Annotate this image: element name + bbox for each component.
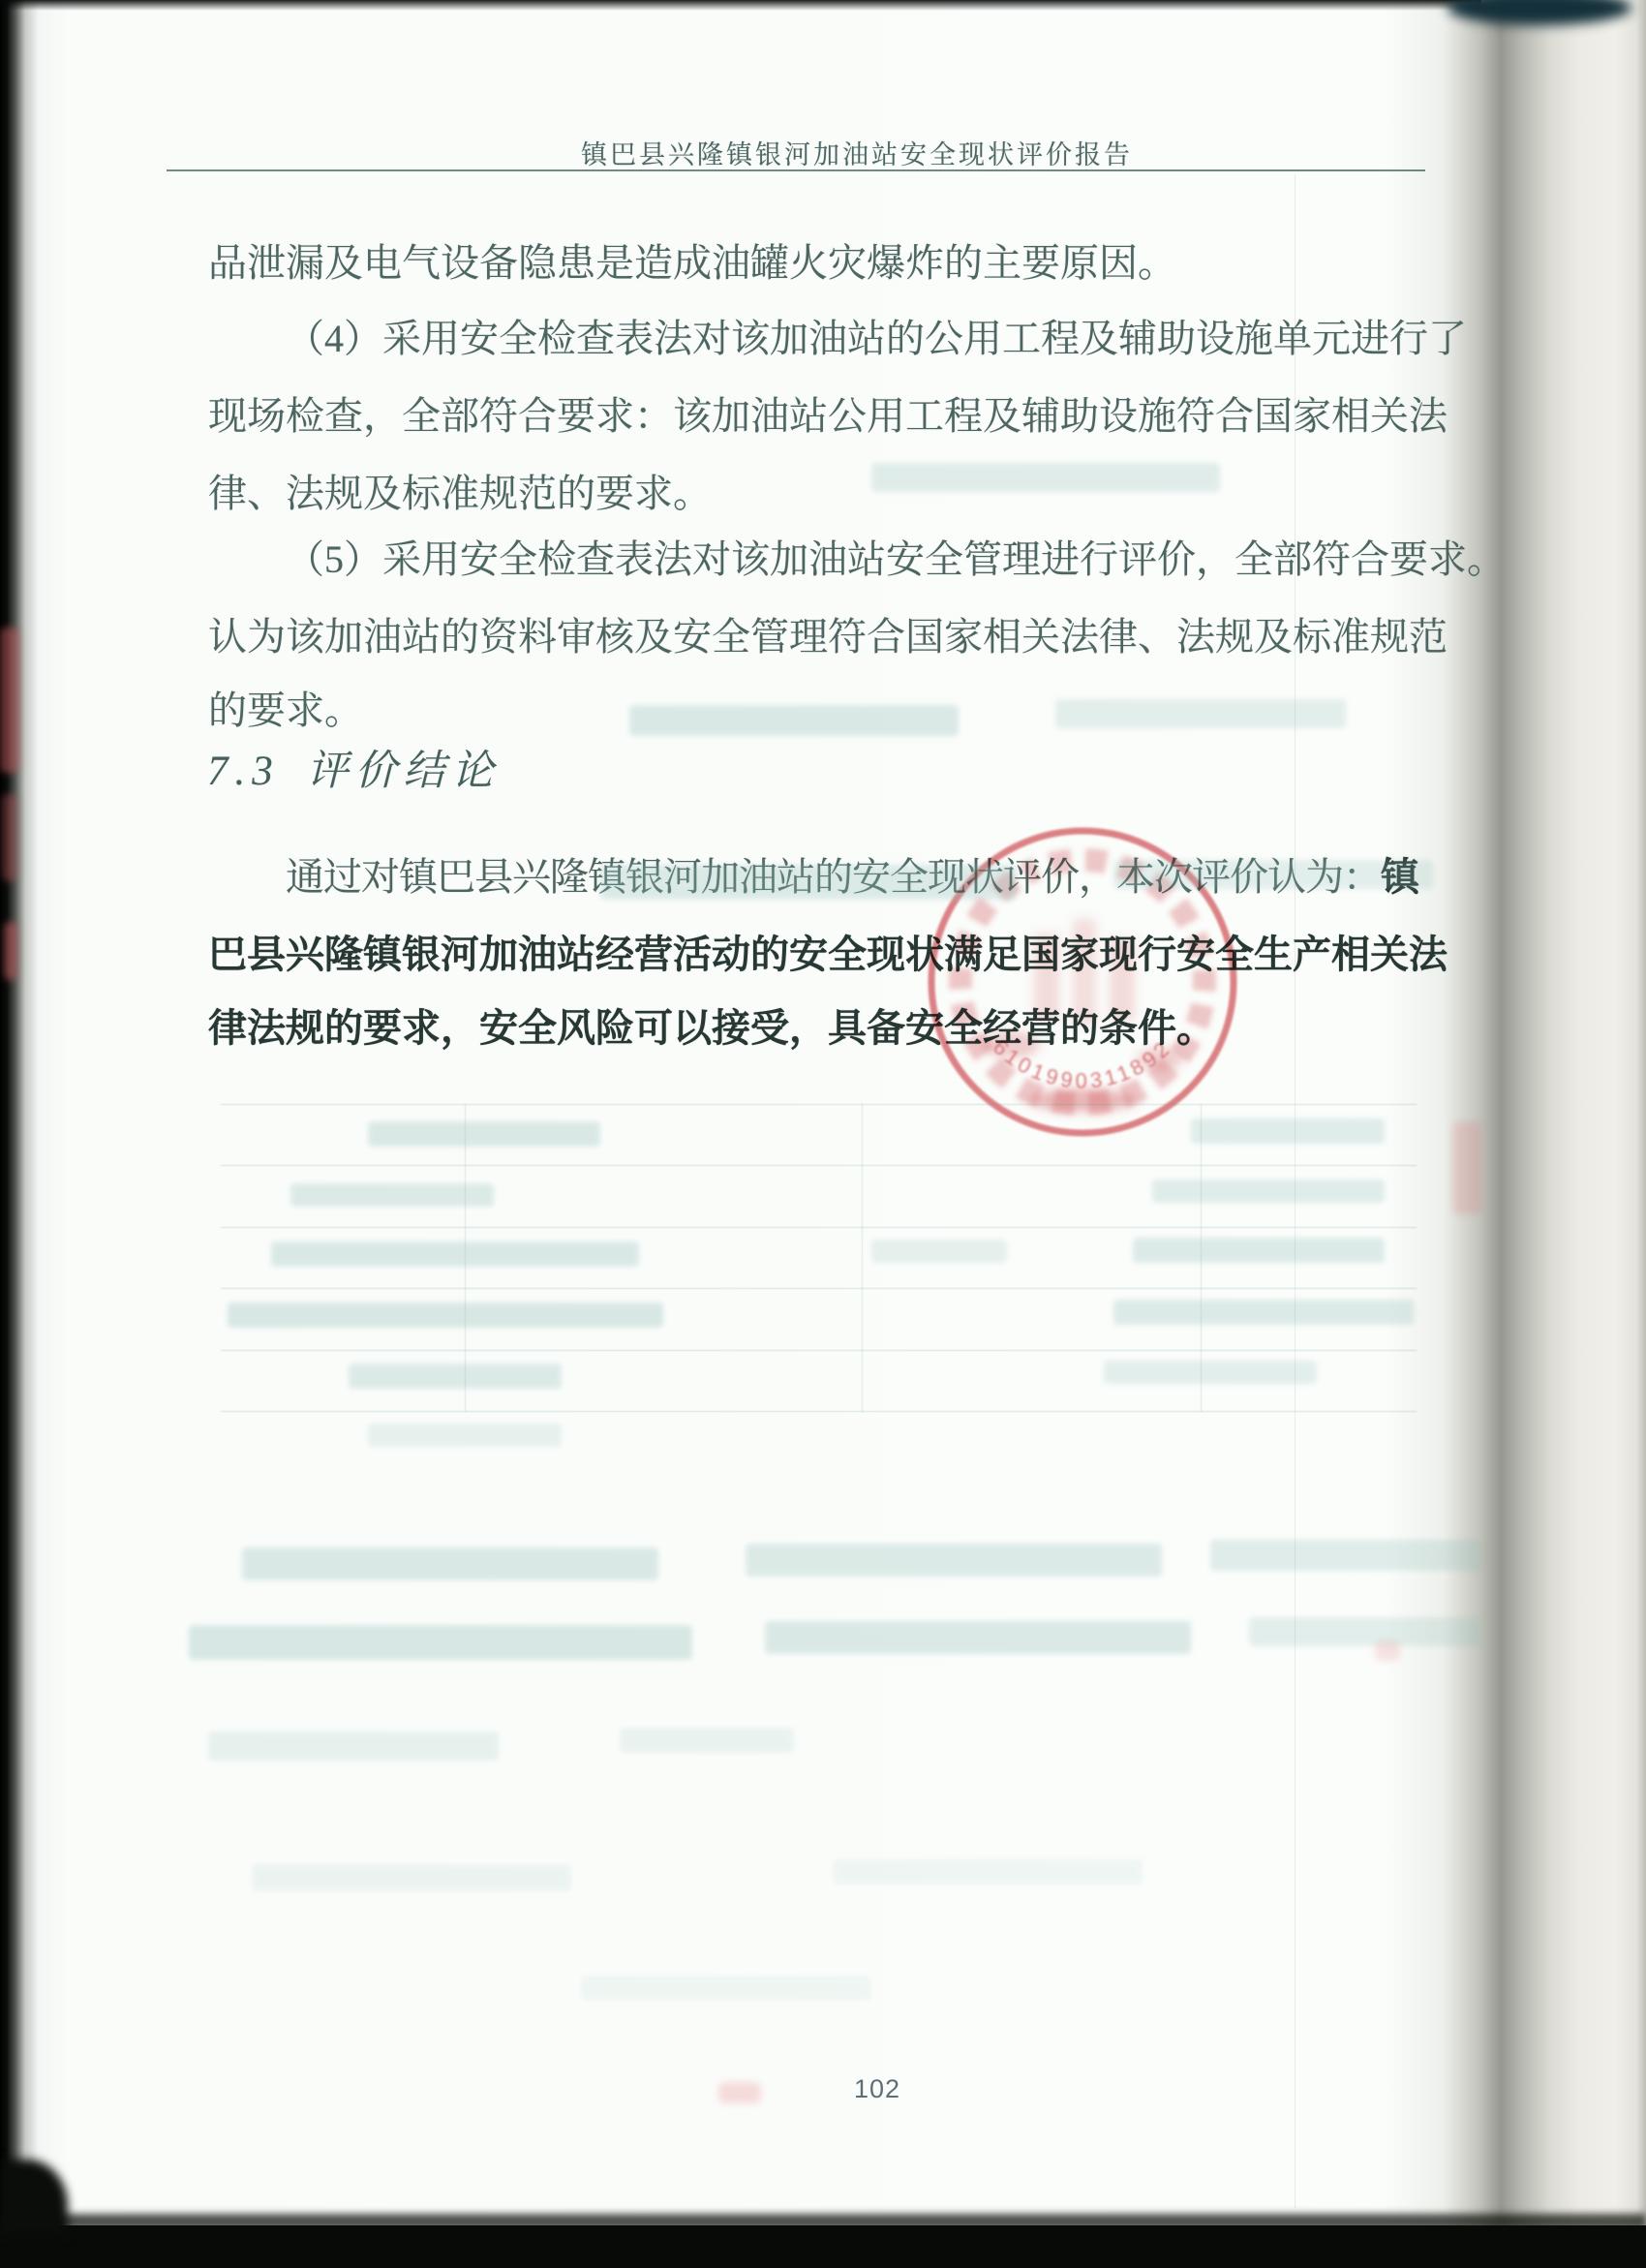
bleedthrough-smudge (290, 1183, 494, 1207)
body-line: 现场检查，全部符合要求：该加油站公用工程及辅助设施符合国家相关法 (208, 391, 1448, 442)
bleedthrough-smudge (271, 1241, 639, 1267)
scanned-report-page: 镇巴县兴隆镇银河加油站安全现状评价报告 品泄漏及电气设备隐患是造成油罐火灾爆炸的… (0, 0, 1646, 2268)
scan-top-right-shadow (1448, 0, 1631, 25)
bleedthrough-smudge (252, 1864, 571, 1891)
bleedthrough-smudge (1249, 1617, 1481, 1646)
bleedthrough-smudge (1113, 860, 1433, 889)
scan-top-edge (0, 0, 1481, 11)
page-number: 102 (854, 2074, 900, 2104)
bleedthrough-smudge (600, 865, 1017, 900)
scan-bottom-edge (0, 2225, 1646, 2268)
red-ink-mark (0, 628, 19, 773)
bleedthrough-smudge (1113, 1300, 1414, 1325)
bleedthrough-smudge (629, 705, 959, 736)
bleedthrough-smudge (349, 1364, 562, 1389)
page-header-title: 镇巴县兴隆镇银河加油站安全现状评价报告 (581, 134, 1133, 171)
bleedthrough-smudge (833, 1859, 1143, 1885)
body-line: 律、法规及标准规范的要求。 (208, 469, 712, 519)
body-line-bold: 巴县兴隆镇银河加油站经营活动的安全现状满足国家现行安全生产相关法 (208, 930, 1448, 980)
body-line: （5）采用安全检查表法对该加油站安全管理进行评价，全部符合要求。 (286, 535, 1506, 585)
red-ink-mark (4, 922, 17, 980)
bleedthrough-smudge (746, 1544, 1162, 1577)
bleedthrough-smudge (871, 463, 1220, 492)
bleedthrough-smudge (368, 1121, 600, 1147)
bleedthrough-smudge (1152, 1180, 1385, 1203)
bleedthrough-smudge (765, 1621, 1191, 1654)
scan-bottom-left-corner (0, 2160, 68, 2237)
bleedthrough-smudge (1191, 1119, 1385, 1144)
bleedthrough-smudge (1133, 1238, 1385, 1263)
red-ink-mark (2, 794, 17, 881)
bleedthrough-smudge (1055, 699, 1346, 728)
bleedthrough-smudge (620, 1728, 794, 1753)
bleedthrough-smudge (1210, 1540, 1481, 1571)
red-ink-mark (1452, 1121, 1481, 1214)
bleedthrough-smudge (228, 1303, 663, 1328)
section-heading-7-3: 7.3 评价结论 (207, 738, 501, 797)
bleedthrough-smudge (581, 1976, 871, 2001)
header-rule (167, 169, 1425, 171)
bleedthrough-smudge (1104, 1361, 1317, 1384)
bleedthrough-smudge (242, 1548, 658, 1580)
bleedthrough-smudge (368, 1424, 562, 1447)
bleedthrough-smudge (871, 1240, 1007, 1263)
bleedthrough-smudge (208, 1732, 499, 1761)
body-line: 品泄漏及电气设备隐患是造成油罐火灾爆炸的主要原因。 (208, 238, 1176, 289)
red-ink-mark (1375, 1641, 1400, 1661)
bleedthrough-smudge (189, 1625, 692, 1660)
body-line: （4）采用安全检查表法对该加油站的公用工程及辅助设施单元进行了 (286, 314, 1467, 364)
body-line: 认为该加油站的资料审核及安全管理符合国家相关法律、法规及标准规范 (208, 612, 1448, 662)
red-ink-mark (718, 2082, 761, 2103)
page-crease (1295, 174, 1295, 2208)
body-line: 的要求。 (208, 686, 363, 736)
